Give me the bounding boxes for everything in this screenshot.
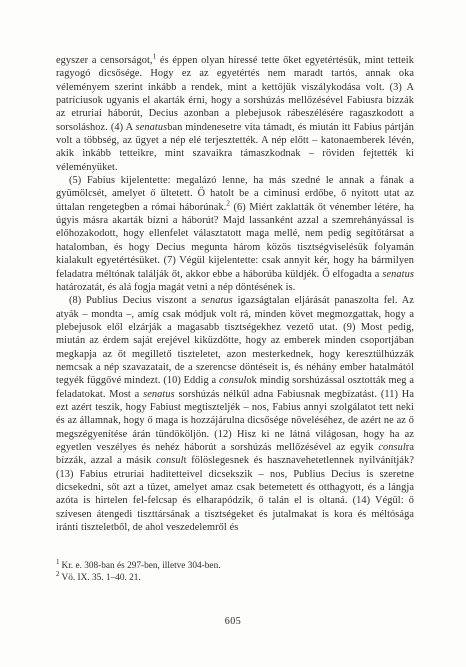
footnote-text: Vö. IX. 35. 1–40. 21. (62, 573, 141, 583)
text-run: (8) Publius Decius viszont a (69, 295, 201, 306)
text-run: consul (156, 455, 183, 466)
paragraph: egyszer a censorságot,1 és éppen olyan h… (56, 54, 414, 174)
text-run: consul (378, 442, 405, 453)
paragraph: (8) Publius Decius viszont a senatus iga… (56, 294, 414, 534)
book-page: egyszer a censorságot,1 és éppen olyan h… (0, 0, 466, 667)
text-run: igazságtalan eljárását panaszolta fel. A… (56, 295, 414, 386)
footnote-marker: 1 (56, 558, 60, 566)
paragraph: (5) Fabius kijelentette: megalázó lenne,… (56, 174, 414, 294)
text-run: senatus (201, 295, 233, 306)
footnote-text: Kr. e. 308-ban és 297-ben, illetve 304-b… (62, 561, 221, 571)
footnote: 1Kr. e. 308-ban és 297-ben, illetve 304-… (56, 560, 414, 572)
text-run: consul (219, 375, 246, 386)
footnote: 2Vö. IX. 35. 1–40. 21. (56, 572, 414, 584)
footnotes: 1Kr. e. 308-ban és 297-ben, illetve 304-… (56, 560, 414, 585)
page-number: 605 (0, 616, 466, 627)
body-text: egyszer a censorságot,1 és éppen olyan h… (56, 54, 414, 534)
text-run: határozatát, és alá fogja magát vetni a … (56, 282, 295, 293)
text-run: egyszer a censorságot, (56, 55, 153, 66)
text-run: senatus (382, 269, 414, 280)
text-run: t fölöslegesnek és hasznavehetetlennek n… (56, 455, 414, 533)
footnote-marker: 2 (56, 570, 60, 578)
text-run: senatus (143, 389, 175, 400)
text-run: (6) Miért zaklatták őt vénember létére, … (56, 202, 414, 280)
text-run: senatus (136, 122, 168, 133)
